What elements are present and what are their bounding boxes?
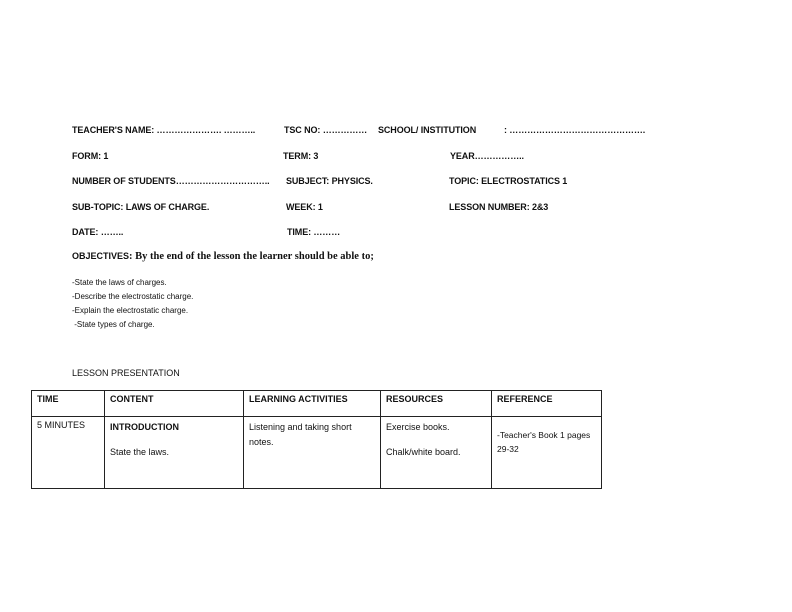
resource-item: Chalk/white board.: [386, 445, 486, 460]
column-header-learning-activities: LEARNING ACTIVITIES: [244, 391, 381, 417]
reference-line: -Teacher's Book 1 pages: [497, 428, 596, 442]
subject-field: SUBJECT: PHYSICS.: [286, 176, 373, 186]
lesson-number-field: LESSON NUMBER: 2&3: [449, 202, 548, 212]
term-field: TERM: 3: [283, 151, 318, 161]
content-heading: INTRODUCTION: [110, 420, 238, 435]
objective-item: -State the laws of charges.: [72, 276, 193, 290]
school-value: : ……………………………………….: [504, 125, 645, 135]
lesson-presentation-title: LESSON PRESENTATION: [72, 368, 180, 378]
topic-field: TOPIC: ELECTROSTATICS 1: [449, 176, 567, 186]
table-row: 5 MINUTES INTRODUCTION State the laws. L…: [32, 417, 602, 489]
reference-cell: -Teacher's Book 1 pages 29-32: [492, 417, 602, 489]
date-field: DATE: ……..: [72, 227, 123, 237]
resource-item: Exercise books.: [386, 420, 486, 435]
column-header-reference: REFERENCE: [492, 391, 602, 417]
number-of-students-field: NUMBER OF STUDENTS…………………………..: [72, 176, 270, 186]
objectives-list: -State the laws of charges. -Describe th…: [72, 276, 193, 332]
objectives-heading: OBJECTIVES: By the end of the lesson the…: [72, 251, 374, 262]
school-label: SCHOOL/ INSTITUTION: [378, 125, 476, 135]
table-header-row: TIME CONTENT LEARNING ACTIVITIES RESOURC…: [32, 391, 602, 417]
activities-text: Listening and taking short notes.: [249, 420, 375, 450]
time-cell: 5 MINUTES: [32, 417, 105, 489]
column-header-content: CONTENT: [105, 391, 244, 417]
objective-item: -State types of charge.: [72, 318, 193, 332]
lesson-presentation-table: TIME CONTENT LEARNING ACTIVITIES RESOURC…: [31, 390, 602, 489]
sub-topic-field: SUB-TOPIC: LAWS OF CHARGE.: [72, 202, 209, 212]
tsc-no-field: TSC NO: ……………: [284, 125, 367, 135]
reference-line: 29-32: [497, 442, 596, 456]
objectives-label: OBJECTIVES: [72, 251, 129, 261]
column-header-resources: RESOURCES: [381, 391, 492, 417]
week-field: WEEK: 1: [286, 202, 323, 212]
resources-cell: Exercise books. Chalk/white board.: [381, 417, 492, 489]
objective-item: -Describe the electrostatic charge.: [72, 290, 193, 304]
objectives-intro: : By the end of the lesson the learner s…: [129, 251, 374, 262]
year-field: YEAR……………..: [450, 151, 524, 161]
teacher-name-field: TEACHER'S NAME: …………………. ………..: [72, 125, 255, 135]
form-field: FORM: 1: [72, 151, 108, 161]
time-field: TIME: ………: [287, 227, 340, 237]
activities-cell: Listening and taking short notes.: [244, 417, 381, 489]
objective-item: -Explain the electrostatic charge.: [72, 304, 193, 318]
content-text: State the laws.: [110, 445, 238, 460]
column-header-time: TIME: [32, 391, 105, 417]
content-cell: INTRODUCTION State the laws.: [105, 417, 244, 489]
